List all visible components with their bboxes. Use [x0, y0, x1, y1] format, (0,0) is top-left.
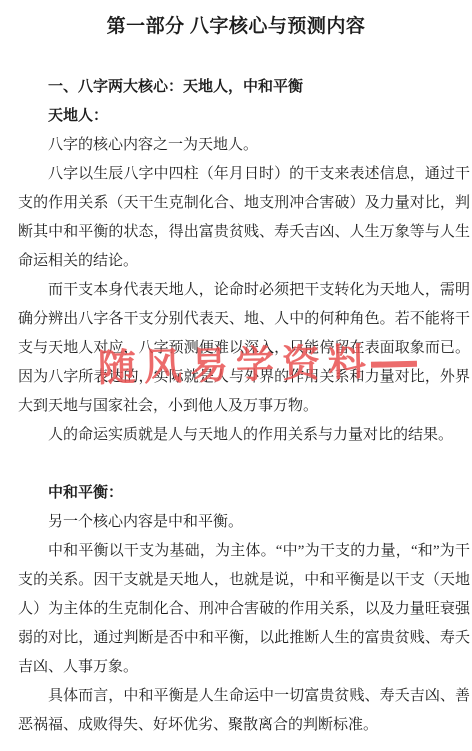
paragraph: 具体而言，中和平衡是人生命运中一切富贵贫贱、寿夭吉凶、善恶祸福、成败得失、好坏优…	[18, 682, 470, 740]
page-title: 第一部分 八字核心与预测内容	[0, 14, 472, 40]
document-body: 一、八字两大核心：天地人，中和平衡 天地人： 八字的核心内容之一为天地人。 八字…	[0, 73, 472, 740]
section-heading: 一、八字两大核心：天地人，中和平衡	[18, 73, 470, 102]
paragraph: 八字的核心内容之一为天地人。	[18, 131, 470, 160]
paragraph: 人的命运实质就是人与天地人的作用关系与力量对比的结果。	[18, 421, 470, 450]
subheading-zhonghepingheng: 中和平衡：	[18, 479, 470, 508]
document-page: 第一部分 八字核心与预测内容 一、八字两大核心：天地人，中和平衡 天地人： 八字…	[0, 0, 472, 751]
paragraph: 八字以生辰八字中四柱（年月日时）的干支来表述信息，通过干支的作用关系（天干生克制…	[18, 160, 470, 276]
paragraph: 而干支本身代表天地人，论命时必须把干支转化为天地人，需明确分辨出八字各干支分别代…	[18, 276, 470, 421]
subheading-tiandiren: 天地人：	[18, 102, 470, 131]
paragraph: 中和平衡以干支为基础，为主体。“中”为干支的力量，“和”为干支的关系。因干支就是…	[18, 537, 470, 682]
paragraph: 另一个核心内容是中和平衡。	[18, 508, 470, 537]
